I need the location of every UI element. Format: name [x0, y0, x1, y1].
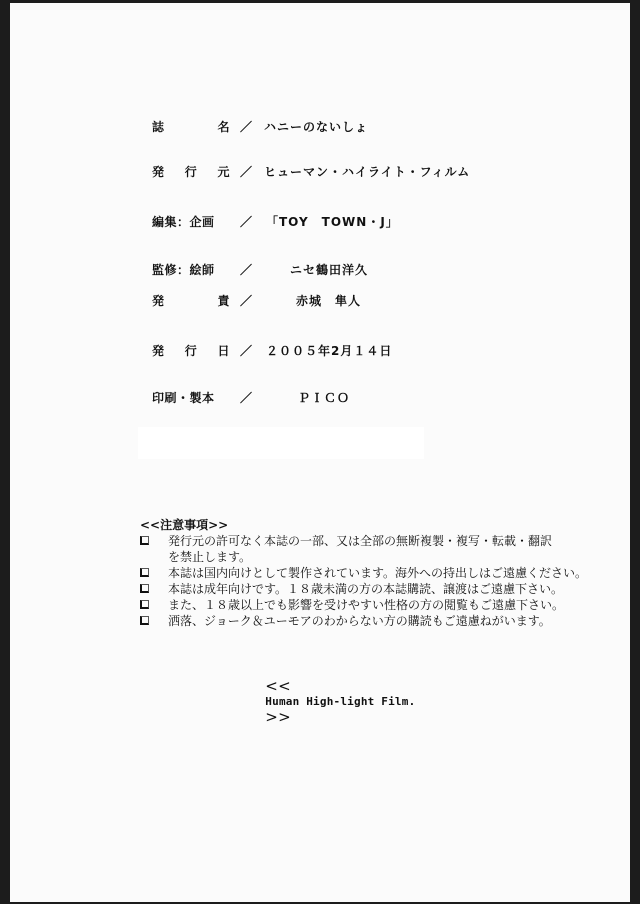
colophon-label-part: 誌: [152, 118, 165, 135]
notice-section: <<注意事項>> 発行元の許可なく本誌の一部、又は全部の無断複製・複写・転載・翻…: [138, 517, 618, 629]
colophon-label-part: 元: [217, 163, 230, 180]
colophon-label-part: 行: [185, 342, 198, 359]
colophon-label-part: 日: [217, 342, 230, 359]
redacted-blank-area: [138, 427, 424, 459]
notice-item-text: 発行元の許可なく本誌の一部、又は全部の無断複製・複写・転載・翻訳 を禁止します。: [168, 533, 618, 565]
notice-item: 本誌は成年向けです。１８歳未満の方の本誌購読、譲渡はご遠慮下さい。: [138, 581, 618, 597]
colophon-separator: ／: [240, 163, 253, 180]
footer-open-bracket: <<: [265, 677, 291, 695]
checkbox-icon: [140, 616, 149, 625]
notice-item-text: 洒落、ジョーク＆ユーモアのわからない方の購読もご遠慮ねがいます。: [168, 613, 618, 629]
colophon-label: 発行日: [152, 342, 230, 359]
notice-item: 発行元の許可なく本誌の一部、又は全部の無断複製・複写・転載・翻訳 を禁止します。: [138, 533, 618, 565]
notice-list: 発行元の許可なく本誌の一部、又は全部の無断複製・複写・転載・翻訳 を禁止します。…: [138, 533, 618, 629]
colophon-label-part: 印刷・製本: [152, 389, 215, 406]
colophon-label-part: 責: [217, 292, 230, 309]
colophon-label-part: 監修：絵師: [152, 261, 215, 278]
colophon-separator: ／: [240, 213, 253, 230]
colophon-label: 発責: [152, 292, 230, 309]
notice-item: また、１８歳以上でも影響を受けやすい性格の方の閲覧もご遠慮下さい。: [138, 597, 618, 613]
colophon-label-part: 編集：企画: [152, 213, 215, 230]
notice-item: 本誌は国内向けとして製作されています。海外への持出しはご遠慮ください。: [138, 565, 618, 581]
colophon-label: 印刷・製本: [152, 389, 230, 406]
colophon-separator: ／: [240, 292, 253, 309]
colophon-label-part: 発: [152, 163, 165, 180]
colophon-label: 監修：絵師: [152, 261, 230, 278]
footer-text: Human High-light Film.: [265, 695, 415, 708]
colophon-separator: ／: [240, 342, 253, 359]
notice-item-text: 本誌は国内向けとして製作されています。海外への持出しはご遠慮ください。: [168, 565, 618, 581]
notice-heading: <<注意事項>>: [140, 517, 618, 533]
notice-item-text: 本誌は成年向けです。１８歳未満の方の本誌購読、譲渡はご遠慮下さい。: [168, 581, 618, 597]
checkbox-icon: [140, 536, 149, 545]
colophon-label: 発行元: [152, 163, 230, 180]
checkbox-icon: [140, 584, 149, 593]
colophon-separator: ／: [240, 389, 253, 406]
colophon-label-part: 発: [152, 342, 165, 359]
colophon-label-part: 名: [217, 118, 230, 135]
colophon-value: ＰＩＣＯ: [298, 389, 350, 406]
colophon-value: 「TOY TOWN・J」: [266, 213, 399, 230]
colophon-value: ハニーのないしょ: [264, 118, 368, 135]
colophon-separator: ／: [240, 261, 253, 278]
colophon-value: ２００５年2月１４日: [266, 342, 392, 359]
colophon-value: 赤城 隼人: [296, 292, 361, 309]
notice-item: 洒落、ジョーク＆ユーモアのわからない方の購読もご遠慮ねがいます。: [138, 613, 618, 629]
publisher-footer: << Human High-light Film. >>: [238, 664, 415, 739]
footer-close-bracket: >>: [265, 708, 291, 726]
checkbox-icon: [140, 600, 149, 609]
colophon-label: 編集：企画: [152, 213, 230, 230]
colophon-value: ニセ鶴田洋久: [290, 261, 368, 278]
colophon-value: ヒューマン・ハイライト・フィルム: [264, 163, 470, 180]
colophon-page: 誌名／ハニーのないしょ発行元／ヒューマン・ハイライト・フィルム編集：企画／「TO…: [10, 3, 630, 902]
checkbox-icon: [140, 568, 149, 577]
colophon-label-part: 行: [185, 163, 198, 180]
notice-item-text: また、１８歳以上でも影響を受けやすい性格の方の閲覧もご遠慮下さい。: [168, 597, 618, 613]
colophon-label-part: 発: [152, 292, 165, 309]
colophon-separator: ／: [240, 118, 253, 135]
colophon-label: 誌名: [152, 118, 230, 135]
